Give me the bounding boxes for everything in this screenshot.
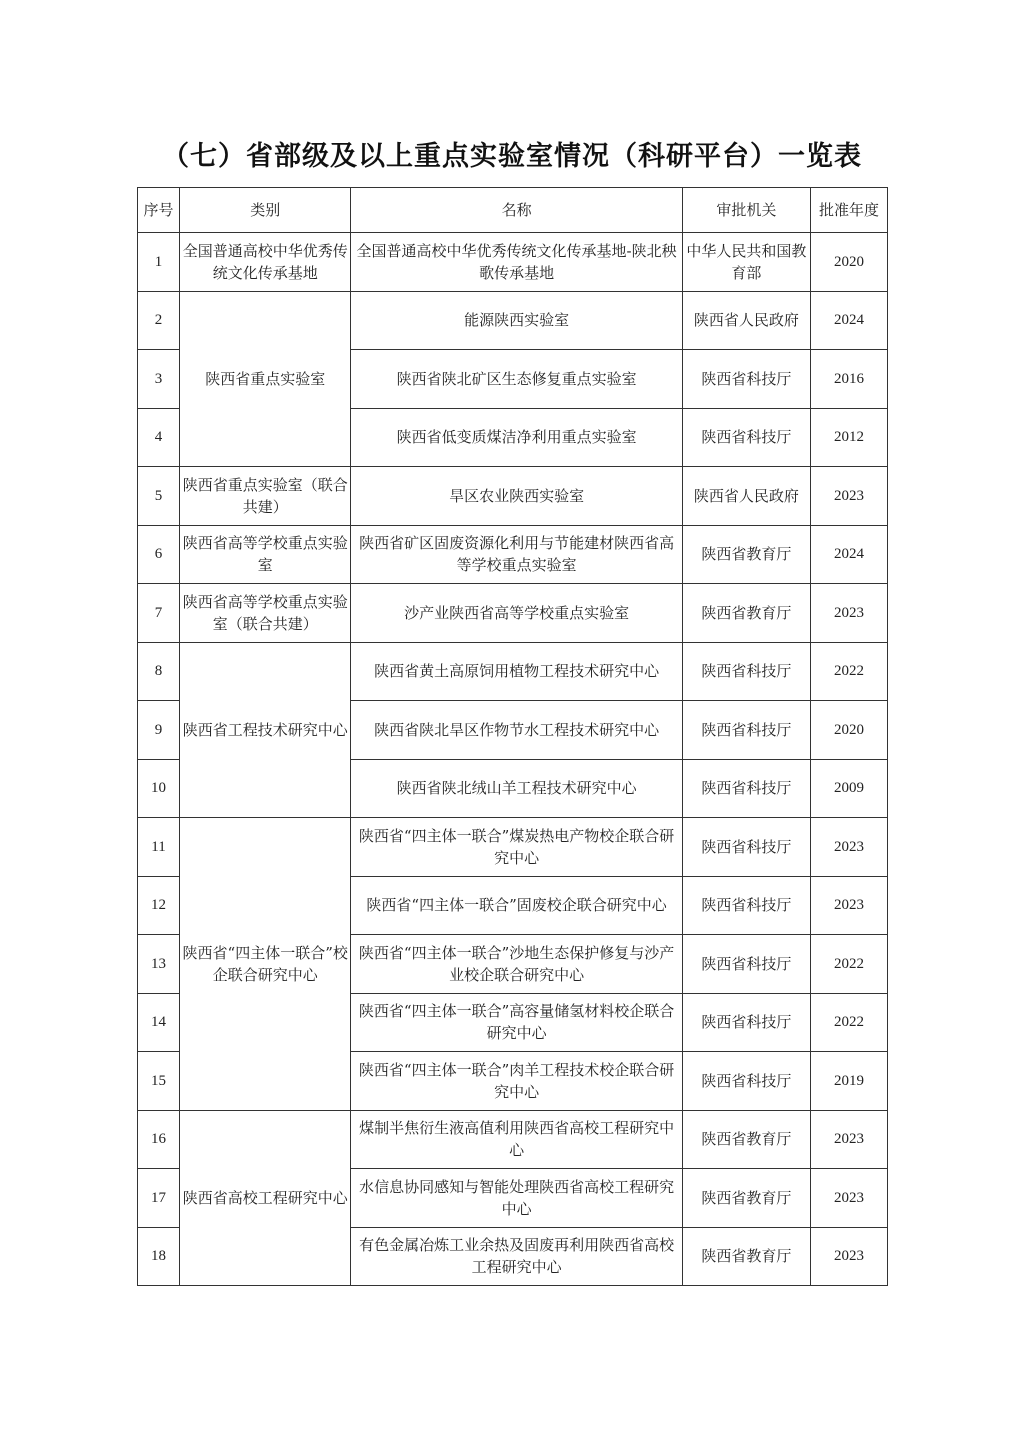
cell-authority: 陕西省科技厅 [682, 876, 810, 935]
cell-year: 2022 [811, 993, 888, 1052]
cell-year: 2023 [811, 1110, 888, 1169]
cell-seq: 17 [138, 1169, 180, 1228]
cell-authority: 陕西省人民政府 [682, 467, 810, 526]
cell-name: 有色金属冶炼工业余热及固废再利用陕西省高校工程研究中心 [351, 1227, 682, 1286]
table-row: 8 陕西省工程技术研究中心 陕西省黄土高原饲用植物工程技术研究中心 陕西省科技厅… [138, 642, 888, 701]
cell-name: 全国普通高校中华优秀传统文化传承基地-陕北秧歌传承基地 [351, 233, 682, 292]
cell-name: 陕西省陕北矿区生态修复重点实验室 [351, 350, 682, 409]
cell-name: 能源陕西实验室 [351, 291, 682, 350]
page-title: （七）省部级及以上重点实验室情况（科研平台）一览表 [0, 134, 1024, 173]
cell-authority: 陕西省科技厅 [682, 642, 810, 701]
cell-year: 2019 [811, 1052, 888, 1111]
cell-name: 陕西省陕北绒山羊工程技术研究中心 [351, 759, 682, 818]
platform-table: 序号 类别 名称 审批机关 批准年度 1 全国普通高校中华优秀传统文化传承基地 … [137, 187, 888, 1286]
cell-year: 2023 [811, 467, 888, 526]
cell-seq: 10 [138, 759, 180, 818]
table-row: 7 陕西省高等学校重点实验室（联合共建） 沙产业陕西省高等学校重点实验室 陕西省… [138, 584, 888, 643]
cell-name: 陕西省“四主体一联合”高容量储氢材料校企联合研究中心 [351, 993, 682, 1052]
cell-seq: 8 [138, 642, 180, 701]
header-category: 类别 [180, 188, 351, 233]
cell-authority: 陕西省人民政府 [682, 291, 810, 350]
cell-year: 2023 [811, 818, 888, 877]
cell-name: 陕西省“四主体一联合”沙地生态保护修复与沙产业校企联合研究中心 [351, 935, 682, 994]
cell-category: 陕西省“四主体一联合”校企联合研究中心 [180, 818, 351, 1111]
cell-category: 陕西省高等学校重点实验室 [180, 525, 351, 584]
cell-category: 陕西省高等学校重点实验室（联合共建） [180, 584, 351, 643]
cell-seq: 7 [138, 584, 180, 643]
cell-authority: 陕西省教育厅 [682, 1169, 810, 1228]
cell-name: 陕西省矿区固废资源化利用与节能建材陕西省高等学校重点实验室 [351, 525, 682, 584]
header-year: 批准年度 [811, 188, 888, 233]
cell-authority: 陕西省科技厅 [682, 701, 810, 760]
cell-name: 陕西省“四主体一联合”固废校企联合研究中心 [351, 876, 682, 935]
cell-name: 陕西省低变质煤洁净利用重点实验室 [351, 408, 682, 467]
cell-category: 陕西省重点实验室 [180, 291, 351, 467]
cell-authority: 陕西省科技厅 [682, 935, 810, 994]
header-name: 名称 [351, 188, 682, 233]
cell-year: 2012 [811, 408, 888, 467]
cell-authority: 陕西省教育厅 [682, 525, 810, 584]
cell-category: 陕西省高校工程研究中心 [180, 1110, 351, 1286]
cell-seq: 12 [138, 876, 180, 935]
table-row: 1 全国普通高校中华优秀传统文化传承基地 全国普通高校中华优秀传统文化传承基地-… [138, 233, 888, 292]
cell-authority: 陕西省科技厅 [682, 993, 810, 1052]
cell-year: 2023 [811, 1169, 888, 1228]
table-row: 5 陕西省重点实验室（联合共建） 旱区农业陕西实验室 陕西省人民政府 2023 [138, 467, 888, 526]
cell-name: 沙产业陕西省高等学校重点实验室 [351, 584, 682, 643]
table-row: 2 陕西省重点实验室 能源陕西实验室 陕西省人民政府 2024 [138, 291, 888, 350]
cell-name: 陕西省“四主体一联合”肉羊工程技术校企联合研究中心 [351, 1052, 682, 1111]
cell-year: 2020 [811, 233, 888, 292]
cell-seq: 2 [138, 291, 180, 350]
cell-name: 水信息协同感知与智能处理陕西省高校工程研究中心 [351, 1169, 682, 1228]
table-row: 16 陕西省高校工程研究中心 煤制半焦衍生液高值利用陕西省高校工程研究中心 陕西… [138, 1110, 888, 1169]
cell-authority: 陕西省科技厅 [682, 759, 810, 818]
table-row: 11 陕西省“四主体一联合”校企联合研究中心 陕西省“四主体一联合”煤炭热电产物… [138, 818, 888, 877]
cell-category: 陕西省工程技术研究中心 [180, 642, 351, 818]
cell-seq: 4 [138, 408, 180, 467]
cell-seq: 15 [138, 1052, 180, 1111]
cell-authority: 陕西省教育厅 [682, 1110, 810, 1169]
cell-seq: 13 [138, 935, 180, 994]
cell-seq: 16 [138, 1110, 180, 1169]
cell-seq: 1 [138, 233, 180, 292]
cell-year: 2023 [811, 1227, 888, 1286]
cell-authority: 陕西省教育厅 [682, 584, 810, 643]
cell-seq: 9 [138, 701, 180, 760]
cell-name: 陕西省“四主体一联合”煤炭热电产物校企联合研究中心 [351, 818, 682, 877]
cell-year: 2023 [811, 584, 888, 643]
cell-seq: 3 [138, 350, 180, 409]
cell-year: 2022 [811, 935, 888, 994]
cell-authority: 陕西省科技厅 [682, 350, 810, 409]
cell-name: 陕西省陕北旱区作物节水工程技术研究中心 [351, 701, 682, 760]
cell-year: 2009 [811, 759, 888, 818]
cell-name: 旱区农业陕西实验室 [351, 467, 682, 526]
header-authority: 审批机关 [682, 188, 810, 233]
cell-seq: 18 [138, 1227, 180, 1286]
cell-name: 陕西省黄土高原饲用植物工程技术研究中心 [351, 642, 682, 701]
cell-category: 陕西省重点实验室（联合共建） [180, 467, 351, 526]
table-header-row: 序号 类别 名称 审批机关 批准年度 [138, 188, 888, 233]
cell-authority: 陕西省教育厅 [682, 1227, 810, 1286]
cell-year: 2022 [811, 642, 888, 701]
cell-seq: 11 [138, 818, 180, 877]
cell-name: 煤制半焦衍生液高值利用陕西省高校工程研究中心 [351, 1110, 682, 1169]
cell-seq: 14 [138, 993, 180, 1052]
cell-seq: 6 [138, 525, 180, 584]
cell-authority: 陕西省科技厅 [682, 1052, 810, 1111]
cell-year: 2024 [811, 525, 888, 584]
cell-authority: 中华人民共和国教育部 [682, 233, 810, 292]
cell-year: 2020 [811, 701, 888, 760]
cell-year: 2024 [811, 291, 888, 350]
table-row: 6 陕西省高等学校重点实验室 陕西省矿区固废资源化利用与节能建材陕西省高等学校重… [138, 525, 888, 584]
cell-seq: 5 [138, 467, 180, 526]
cell-authority: 陕西省科技厅 [682, 818, 810, 877]
cell-category: 全国普通高校中华优秀传统文化传承基地 [180, 233, 351, 292]
cell-year: 2016 [811, 350, 888, 409]
header-seq: 序号 [138, 188, 180, 233]
cell-authority: 陕西省科技厅 [682, 408, 810, 467]
cell-year: 2023 [811, 876, 888, 935]
